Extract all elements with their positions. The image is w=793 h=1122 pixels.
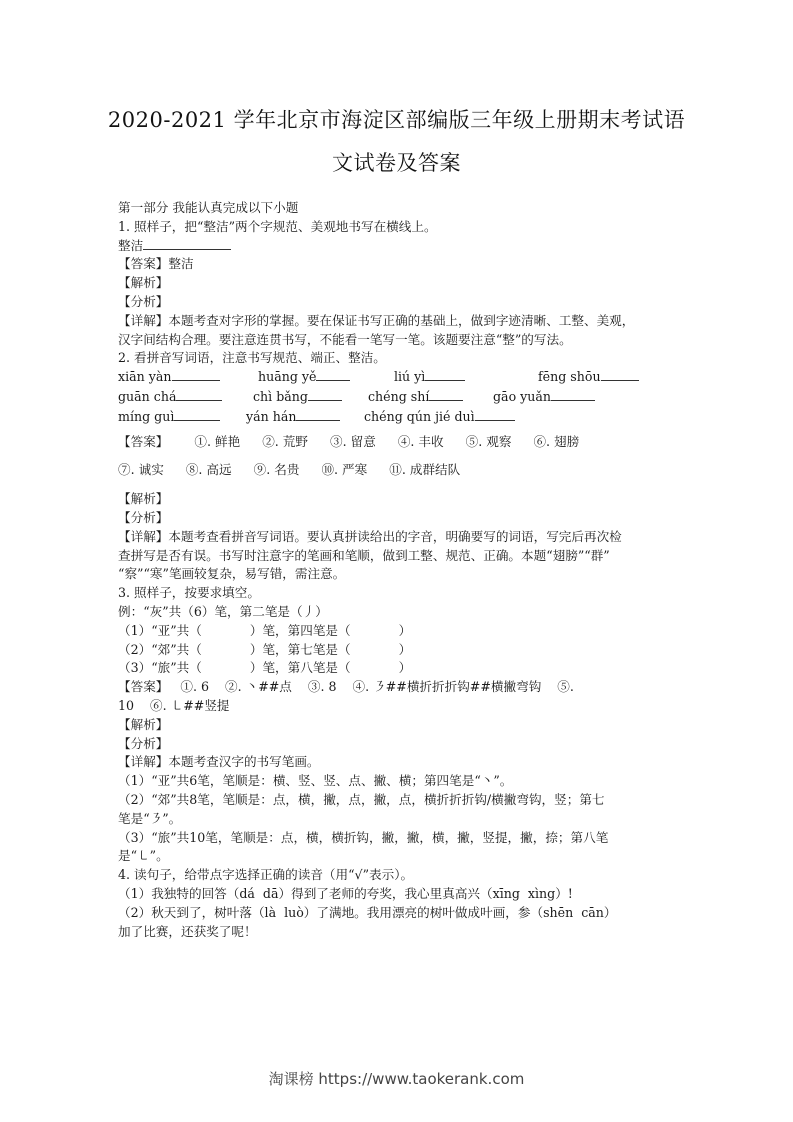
- pinyin-row-3: míng guì yán hán chéng qún jié duì: [118, 408, 678, 428]
- q3-fenxi: 【分析】: [118, 735, 678, 754]
- q3-detail-6: 是“㇄”。: [118, 847, 678, 866]
- q3-item-text: （1）“亚”共（: [118, 623, 202, 638]
- q2-answer-item: ⑪. 成群结队: [389, 462, 460, 477]
- q3-detail-1: 【详解】本题考查汉字的书写笔画。: [118, 753, 678, 772]
- pinyin-word: chéng shí: [368, 389, 429, 404]
- pinyin-word: yán hán: [246, 409, 296, 424]
- q2-detail-1: 【详解】本题考查看拼音写词语。要认真拼读给出的字音，明确要写的词语，写完后再次检: [118, 528, 678, 547]
- pinyin-word: huāng yě: [258, 369, 316, 384]
- pinyin-word: míng guì: [118, 409, 174, 424]
- document-title-line-2: 文试卷及答案: [0, 147, 793, 177]
- pinyin-word: guān chá: [118, 389, 176, 404]
- q3-detail-2: （1）“亚”共6笔，笔顺是：横、竖、竖、点、撇、横；第四笔是“丶”。: [118, 772, 678, 791]
- pinyin-word: liú yì: [394, 369, 425, 384]
- q2-detail-3: “察”“寒”笔画较复杂，易写错，需注意。: [118, 565, 678, 584]
- q3-item-text: ）: [399, 642, 412, 657]
- pinyin-blank: [601, 368, 639, 381]
- q4-sentence-3: 加了比赛，还获奖了呢！: [118, 923, 678, 942]
- pinyin-blank: [429, 388, 463, 401]
- q3-item-text: ）笔，第八笔是（: [250, 660, 351, 675]
- q3-detail-3: （2）“郊”共8笔，笔顺是：点，横，撇，点，撇，点，横折折折钩/横撇弯钩，竖；第…: [118, 791, 678, 810]
- q3-detail-4: 笔是“㇋”。: [118, 810, 678, 829]
- pinyin-blank: [475, 408, 515, 421]
- q2-answer-item: ⑧. 高远: [186, 462, 232, 477]
- q2-answer-row-1: 【答案】 ①. 鲜艳 ②. 荒野 ③. 留意 ④. 丰收 ⑤. 观察 ⑥. 翅膀: [118, 428, 678, 456]
- q1-prompt-row: 整洁: [118, 237, 678, 256]
- q2-answer-item: ⑤. 观察: [466, 434, 512, 449]
- q3-example: 例：“灰”共（6）笔，第二笔是（丿）: [118, 603, 678, 622]
- pinyin-blank: [176, 388, 222, 401]
- pinyin-word: fēng shōu: [538, 369, 601, 384]
- pinyin-blank: [174, 408, 220, 421]
- q3-question: 3. 照样子，按要求填空。: [118, 584, 678, 603]
- pinyin-blank: [316, 368, 350, 381]
- q2-answer-item: ⑦. 诚实: [118, 462, 164, 477]
- q3-jiexi: 【解析】: [118, 716, 678, 735]
- pinyin-row-1: xiān yàn huāng yě liú yì fēng shōu: [118, 368, 678, 388]
- q3-item-text: （2）“郊”共（: [118, 642, 202, 657]
- q3-item-3: （3）“旅”共（）笔，第八笔是（）: [118, 659, 678, 678]
- q3-answer-line-1: 【答案】 ①. 6 ②. 丶##点 ③. 8 ④. ㇋##横折折折钩##横撇弯钩…: [118, 678, 678, 697]
- pinyin-blank: [308, 388, 342, 401]
- q2-answer-item: ①. 鲜艳: [194, 434, 240, 449]
- pinyin-blank: [172, 368, 220, 381]
- pinyin-blank: [296, 408, 340, 421]
- q3-item-text: （3）“旅”共（: [118, 660, 202, 675]
- q3-item-1: （1）“亚”共（）笔，第四笔是（）: [118, 622, 678, 641]
- q3-item-text: ）笔，第四笔是（: [250, 623, 351, 638]
- q2-answer-label: 【答案】: [118, 434, 168, 449]
- q2-answer-row-2: ⑦. 诚实 ⑧. 高远 ⑨. 名贵 ⑩. 严寒 ⑪. 成群结队: [118, 456, 678, 484]
- q1-prompt: 整洁: [118, 238, 143, 253]
- document-body: 第一部分 我能认真完成以下小题 1. 照样子，把“整洁”两个字规范、美观地书写在…: [118, 199, 678, 941]
- q1-fenxi: 【分析】: [118, 293, 678, 312]
- q3-item-text: ）: [399, 623, 412, 638]
- q1-answer-blank: [143, 237, 231, 250]
- pinyin-word: gāo yuǎn: [493, 389, 551, 404]
- q1-question: 1. 照样子，把“整洁”两个字规范、美观地书写在横线上。: [118, 218, 678, 237]
- q4-sentence-1: （1）我独特的回答（dá dā）得到了老师的夸奖，我心里真高兴（xīng xìn…: [118, 885, 678, 904]
- q2-answer-item: ⑨. 名贵: [254, 462, 300, 477]
- q2-fenxi: 【分析】: [118, 509, 678, 528]
- document-title-line-1: 2020-2021 学年北京市海淀区部编版三年级上册期末考试语: [0, 104, 793, 134]
- q3-answer-line-2: 10 ⑥. ㇄##竖提: [118, 697, 678, 716]
- pinyin-blank: [551, 388, 595, 401]
- q1-jiexi: 【解析】: [118, 274, 678, 293]
- q2-answer-item: ④. 丰收: [398, 434, 444, 449]
- q1-answer: 【答案】整洁: [118, 255, 678, 274]
- q2-answer-item: ⑩. 严寒: [321, 462, 367, 477]
- q2-question: 2. 看拼音写词语，注意书写规范、端正、整洁。: [118, 349, 678, 368]
- q2-jiexi: 【解析】: [118, 490, 678, 509]
- q2-answer-item: ②. 荒野: [262, 434, 308, 449]
- pinyin-word: xiān yàn: [118, 369, 172, 384]
- pinyin-row-2: guān chá chì bǎng chéng shí gāo yuǎn: [118, 388, 678, 408]
- section-heading: 第一部分 我能认真完成以下小题: [118, 199, 678, 218]
- q1-detail-2: 汉字间结构合理。要注意连贯书写，不能看一笔写一笔。该题要注意“整”的写法。: [118, 331, 678, 350]
- pinyin-blank: [425, 368, 465, 381]
- q1-detail-1: 【详解】本题考查对字形的掌握。要在保证书写正确的基础上，做到字迹清晰、工整、美观…: [118, 312, 678, 331]
- q2-detail-2: 查拼写是否有误。书写时注意字的笔画和笔顺，做到工整、规范、正确。本题“翅膀”“群…: [118, 547, 678, 566]
- footer-watermark: 淘课榜 https://www.taokerank.com: [0, 1068, 793, 1089]
- q2-answer-item: ③. 留意: [330, 434, 376, 449]
- q3-item-2: （2）“郊”共（）笔，第七笔是（）: [118, 641, 678, 660]
- q3-detail-5: （3）“旅”共10笔，笔顺是：点，横，横折钩，撇，撇，横，撇，竖提，撇，捺；第八…: [118, 829, 678, 848]
- pinyin-word: chéng qún jié duì: [364, 409, 475, 424]
- q4-sentence-2: （2）秋天到了，树叶落（là luò）了满地。我用漂亮的树叶做成叶画，参（shē…: [118, 904, 678, 923]
- q2-answer-item: ⑥. 翅膀: [533, 434, 579, 449]
- q4-question: 4. 读句子，给带点字选择正确的读音（用“√”表示）。: [118, 866, 678, 885]
- q3-item-text: ）笔，第七笔是（: [250, 642, 351, 657]
- pinyin-word: chì bǎng: [253, 389, 308, 404]
- q3-item-text: ）: [399, 660, 412, 675]
